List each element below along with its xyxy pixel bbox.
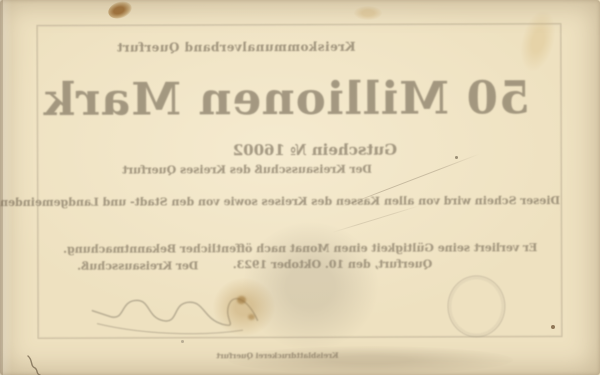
- banknote-scan: Kreiskommunalverband Querfurt 50 Million…: [0, 0, 600, 375]
- edge-vignette: [0, 0, 600, 375]
